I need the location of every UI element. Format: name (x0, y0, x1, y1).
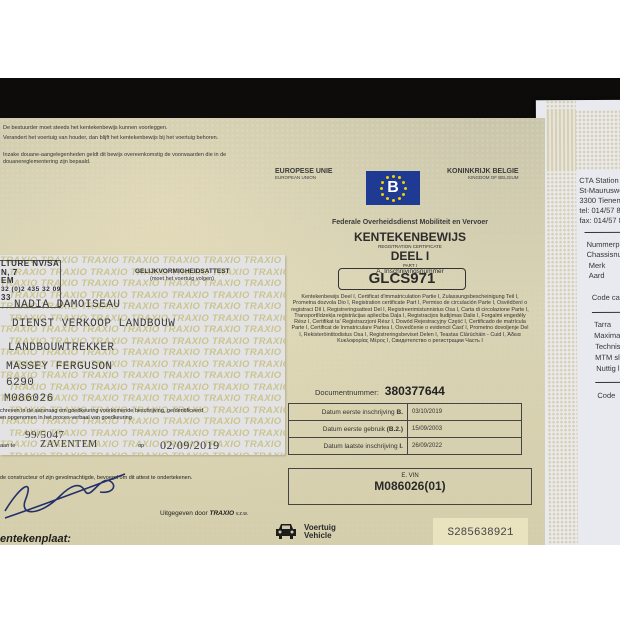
kingdom-label: KONINKRIJK BELGIEKINGDOM OF BELGIUM (447, 168, 519, 180)
plate-note: entekenplaat: (0, 533, 71, 545)
receipt-field: Code car (592, 293, 620, 303)
description-note: en opgenomen in het proces-verbaal van g… (0, 415, 132, 422)
vehicle-type: LANDBOUWTREKKER (8, 342, 115, 354)
model: 6290 (6, 377, 34, 389)
star-icon (402, 193, 405, 196)
receipt-field: Aard (589, 271, 605, 281)
star-icon (380, 187, 383, 190)
company-info: LTURE NV/SA N, 7 EM 32 (0)2 435 32 09 33 (1, 260, 61, 303)
issuer: Uitgegeven door TRAXIO v.z.w. (160, 510, 248, 517)
table-row: Datum eerste inschrijving B.03/10/2019 (289, 404, 522, 421)
star-icon (402, 181, 405, 184)
receipt-field: Technis (595, 342, 620, 352)
receipt-field: Nummerpla (587, 240, 620, 250)
eu-label: EUROPESE UNIEEUROPEAN UNION (275, 168, 333, 180)
date-prefix: op (138, 443, 144, 450)
receipt-field: MTM sl (595, 353, 620, 363)
signature-icon (0, 456, 130, 526)
attest-title: GELIJKVORMIGHEIDSATTEST (135, 268, 230, 275)
description-note: chreven in de aanvraag om goedkeuring vo… (0, 408, 203, 415)
star-icon (381, 181, 384, 184)
note: Inzake douane-aangelegenheden geldt dit … (3, 152, 263, 166)
car-icon (275, 523, 297, 539)
vin-box: E. VIN M086026(01) (288, 468, 532, 505)
vehicle-label: VoertuigVehicle (304, 524, 336, 540)
receipt-field: Nuttig l (596, 364, 619, 374)
star-icon (392, 199, 395, 202)
star-icon (386, 197, 389, 200)
star-icon (381, 193, 384, 196)
attest-date: 02/09/2019 (160, 438, 220, 453)
contact-name: NADIA DAMOISEAU (14, 299, 121, 311)
authority: Federale Overheidsdienst Mobiliteit en V… (280, 219, 540, 226)
table-row: Datum laatste inschrijving I.26/09/2022 (289, 438, 522, 455)
brand: MASSEY FERGUSON (6, 361, 113, 373)
attest-subtitle: (moet het voertuig volgen) (150, 276, 214, 282)
multilingual-text: Kentekenbewijs Deel I, Certificat d'imma… (290, 294, 530, 344)
receipt-field: Maxima (594, 331, 620, 341)
eu-flag-icon: B (366, 171, 420, 205)
divider (592, 312, 620, 313)
dates-table: Datum eerste inschrijving B.03/10/2019 D… (288, 403, 522, 455)
chassis: M086026 (4, 393, 54, 405)
conformity-sticker: TRAXIO TRAXIO TRAXIO TRAXIO TRAXIO TRAXI… (0, 255, 285, 455)
star-icon (392, 175, 395, 178)
receipt-field: Code (597, 391, 615, 401)
note: Verandert het voertuig van houder, dan b… (3, 135, 253, 142)
divider (595, 382, 620, 383)
department: DIENST VERKOOP LANDBOUW (12, 318, 175, 330)
divider (585, 232, 620, 233)
star-icon (386, 176, 389, 179)
place: ZAVENTEM (40, 439, 98, 450)
plate-number: GLCS971 (338, 268, 466, 290)
receipt-address-line: 3300 Tienen (579, 196, 620, 206)
inspection-receipt: CTA Station St-Mauruswe 3300 Tienen tel:… (536, 100, 620, 545)
document-number: Documentnummer:380377644 (315, 384, 445, 398)
receipt-address-line: fax: 014/57 8 (579, 216, 620, 226)
registration-certificate: De bestuurder moet steeds het kentekenbe… (0, 118, 545, 545)
document-photo: CTA Station St-Mauruswe 3300 Tienen tel:… (0, 78, 620, 545)
receipt-address-line: St-Mauruswe (579, 186, 620, 196)
receipt-field: Merk (589, 261, 606, 271)
note: De bestuurder moet steeds het kentekenbe… (3, 125, 168, 132)
serial-number: S285638921 (433, 518, 528, 545)
receipt-address-line: tel: 014/57 8 (579, 206, 620, 216)
receipt-field: Tarra (594, 320, 611, 330)
place-prefix: aan te (0, 443, 15, 450)
table-row: Datum eerste gebruik (B.2.)15/09/2003 (289, 421, 522, 438)
receipt-field: Chassisnu (587, 250, 620, 260)
receipt-address-line: CTA Station (579, 176, 619, 186)
star-icon (398, 176, 401, 179)
star-icon (404, 187, 407, 190)
star-icon (398, 197, 401, 200)
